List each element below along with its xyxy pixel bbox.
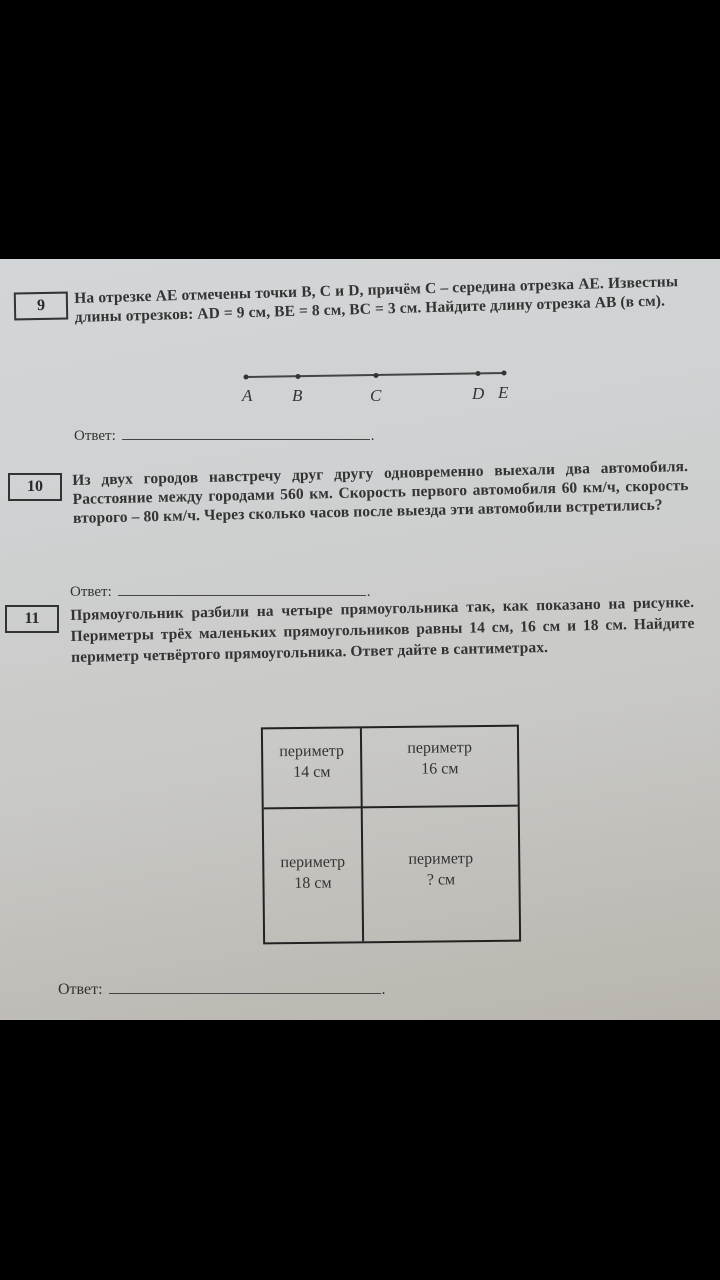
task-10-answer: Ответ:. <box>70 581 371 601</box>
grid-cell-top-left: периметр 14 см <box>263 740 360 783</box>
task-10-number: 10 <box>8 473 62 501</box>
task-11-answer: Ответ:. <box>58 979 386 999</box>
grid-cell-bottom-right: периметр ? см <box>363 848 518 892</box>
task-9-answer-field[interactable] <box>122 425 370 440</box>
grid-cell-bottom-left: периметр 18 см <box>264 851 361 894</box>
task-9-number: 9 <box>14 292 68 321</box>
task-9-text: На отрезке AE отмечены точки B, C и D, п… <box>74 272 679 327</box>
task-11-answer-field[interactable] <box>109 979 381 994</box>
point-label-d: D <box>472 384 484 404</box>
answer-label: Ответ: <box>58 981 103 998</box>
point-label-b: B <box>292 386 302 406</box>
rectangle-grid-figure: периметр 14 см периметр 16 см периметр 1… <box>261 725 521 945</box>
exam-page-photo: 9 На отрезке AE отмечены точки B, C и D,… <box>0 259 720 1020</box>
task-11-number: 11 <box>5 605 59 633</box>
task-10-answer-field[interactable] <box>118 581 366 596</box>
task-9-answer: Ответ:. <box>74 425 375 445</box>
point-label-c: C <box>370 386 381 406</box>
answer-label: Ответ: <box>74 428 116 444</box>
point-label-e: E <box>498 383 508 403</box>
answer-label: Ответ: <box>70 584 112 600</box>
point-label-a: A <box>242 386 252 406</box>
task-10-text: Из двух городов навстречу друг другу одн… <box>72 457 689 528</box>
task-11-text: Прямоугольник разбили на четыре прямоуго… <box>70 592 695 668</box>
grid-cell-top-right: периметр 16 см <box>362 737 517 781</box>
